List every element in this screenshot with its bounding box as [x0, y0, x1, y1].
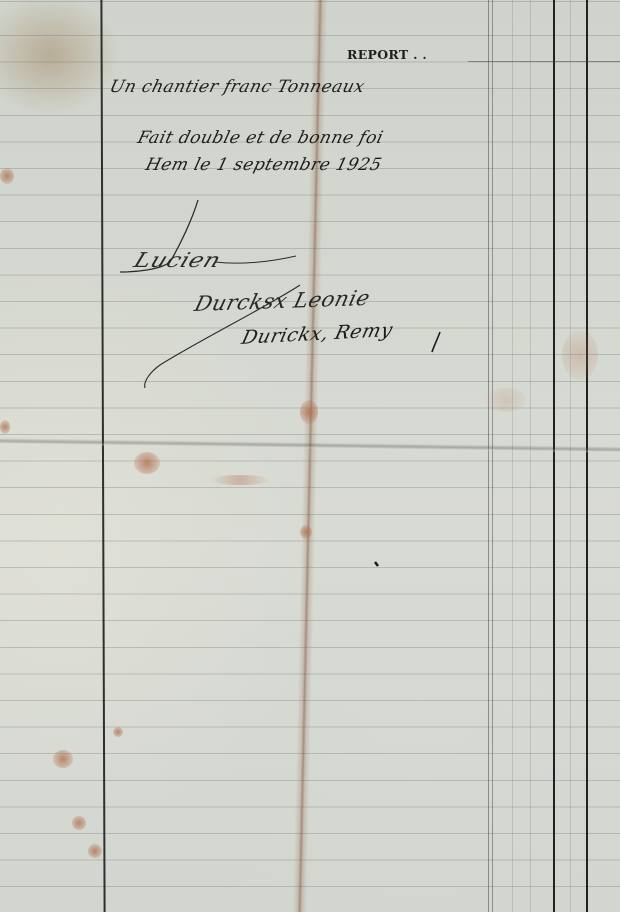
- column-rule-1: [488, 0, 489, 912]
- rust-stain: [88, 844, 102, 858]
- signature-2: Durcksx Leonie: [192, 286, 373, 316]
- report-heading: REPORT . .: [347, 47, 427, 62]
- rust-stain: [210, 475, 270, 485]
- rust-stain: [72, 816, 86, 830]
- column-subrule: [530, 0, 531, 912]
- column-subrule: [570, 0, 571, 912]
- handwritten-line-2: Fait double et de bonne foi: [136, 128, 386, 148]
- column-rule-3: [586, 0, 588, 912]
- handwritten-date-line: Hem le 1 septembre 1925: [144, 155, 384, 175]
- signature-3: Durickx, Remy: [239, 319, 395, 349]
- rust-stain: [562, 330, 598, 380]
- column-subrule: [512, 0, 513, 912]
- column-rule-2: [553, 0, 555, 912]
- rust-stain: [0, 168, 14, 184]
- rust-stain: [134, 452, 160, 474]
- signature-1: Lucien: [131, 248, 225, 272]
- rust-stain: [300, 525, 312, 539]
- rust-stain: [53, 750, 73, 768]
- rust-stain: [113, 727, 123, 737]
- rust-stain: [0, 420, 10, 434]
- horizontal-fold-crease: [0, 438, 620, 453]
- rust-stain: [486, 388, 526, 412]
- header-rule: [468, 61, 620, 62]
- margin-rule: [100, 0, 105, 912]
- ledger-page: REPORT . . Un chantier franc Tonneaux Fa…: [0, 0, 620, 912]
- column-rule-1b: [492, 0, 493, 912]
- handwritten-line-1: Un chantier franc Tonneaux: [108, 77, 367, 97]
- rust-stain: [300, 400, 318, 424]
